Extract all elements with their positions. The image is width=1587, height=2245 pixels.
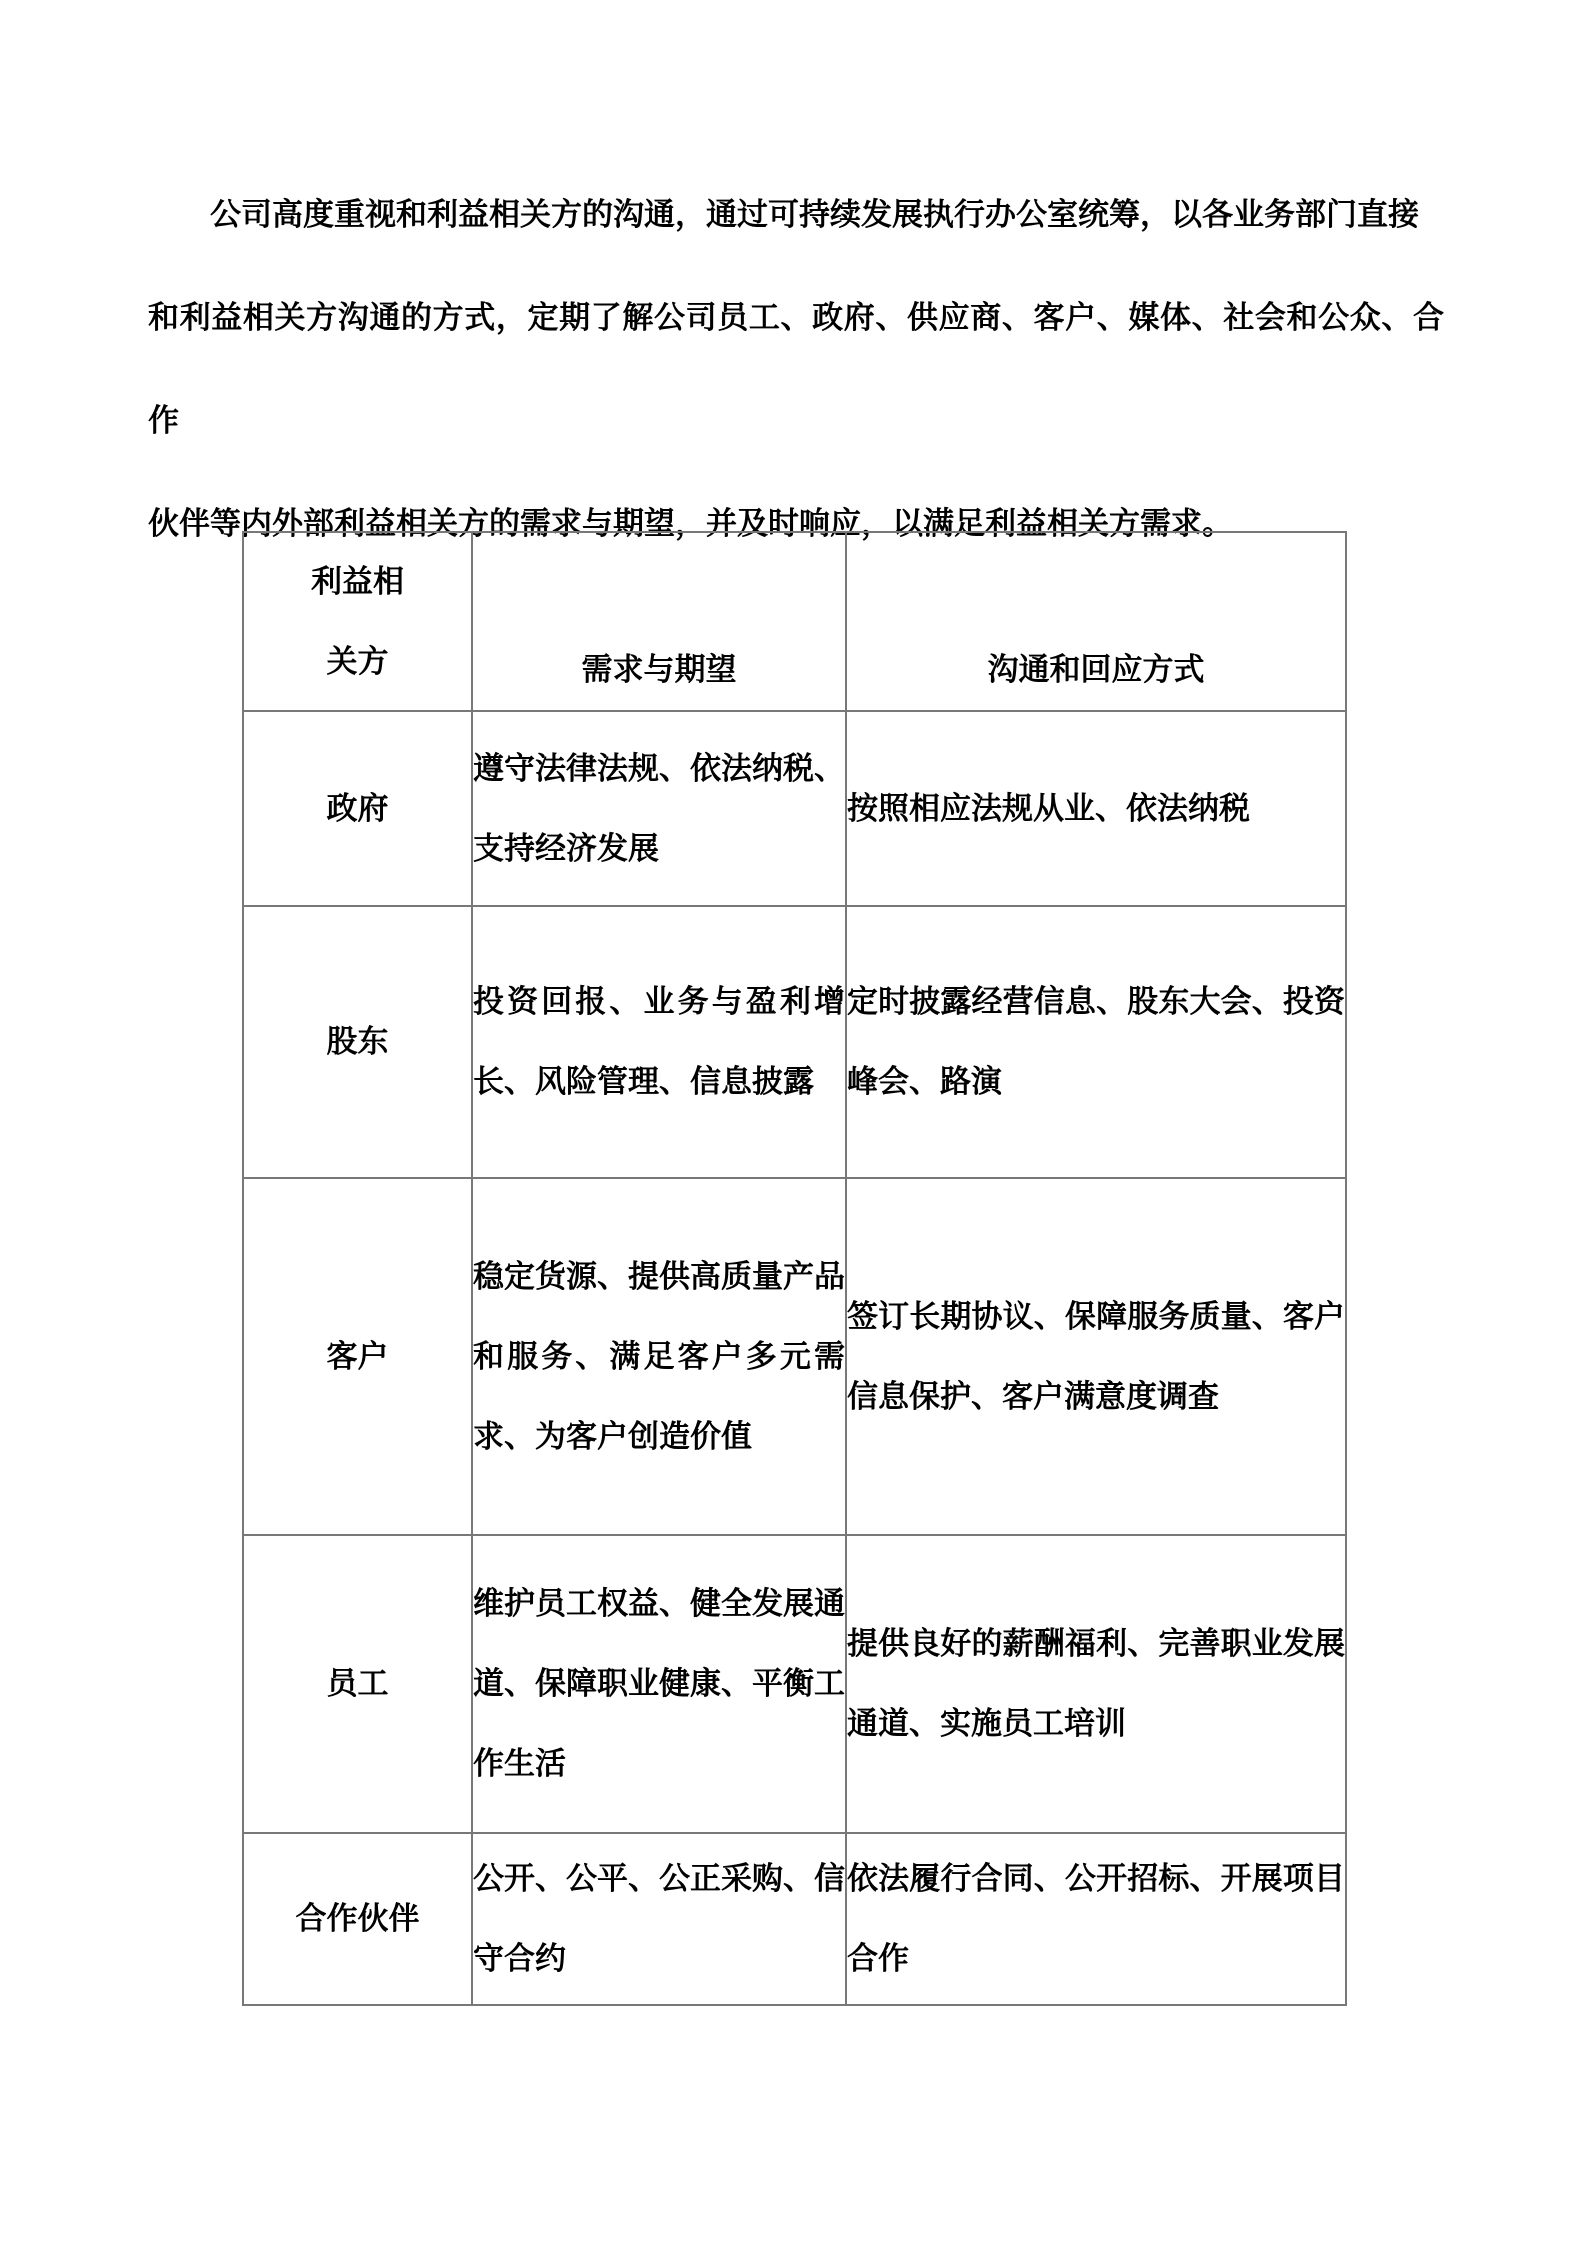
stakeholder-cell: 政府 [243, 711, 472, 906]
needs-cell: 维护员工权益、健全发展通道、保障职业健康、平衡工作生活 [472, 1535, 846, 1833]
needs-cell: 公开、公平、公正采购、信守合约 [472, 1833, 846, 2005]
stakeholder-cell: 股东 [243, 906, 472, 1178]
paragraph-line: 和利益相关方沟通的方式，定期了解公司员工、政府、供应商、客户、媒体、社会和公众、… [148, 266, 1444, 472]
table-row: 员工 维护员工权益、健全发展通道、保障职业健康、平衡工作生活 提供良好的薪酬福利… [243, 1535, 1346, 1833]
response-cell: 签订长期协议、保障服务质量、客户信息保护、客户满意度调查 [846, 1178, 1346, 1535]
header-needs: 需求与期望 [472, 532, 846, 711]
table-header-row: 利益相 关方 需求与期望 沟通和回应方式 [243, 532, 1346, 711]
table-row: 客户 稳定货源、提供高质量产品和服务、满足客户多元需求、为客户创造价值 签订长期… [243, 1178, 1346, 1535]
needs-cell: 遵守法律法规、依法纳税、支持经济发展 [472, 711, 846, 906]
stakeholder-cell: 员工 [243, 1535, 472, 1833]
response-cell: 按照相应法规从业、依法纳税 [846, 711, 1346, 906]
intro-paragraph: 公司高度重视和利益相关方的沟通，通过可持续发展执行办公室统筹，以各业务部门直接 … [148, 163, 1444, 575]
needs-cell: 投资回报、业务与盈利增长、风险管理、信息披露 [472, 906, 846, 1178]
table-row: 股东 投资回报、业务与盈利增长、风险管理、信息披露 定时披露经营信息、股东大会、… [243, 906, 1346, 1178]
response-cell: 定时披露经营信息、股东大会、投资峰会、路演 [846, 906, 1346, 1178]
header-response: 沟通和回应方式 [846, 532, 1346, 711]
needs-cell: 稳定货源、提供高质量产品和服务、满足客户多元需求、为客户创造价值 [472, 1178, 846, 1535]
stakeholder-cell: 客户 [243, 1178, 472, 1535]
response-cell: 提供良好的薪酬福利、完善职业发展通道、实施员工培训 [846, 1535, 1346, 1833]
response-cell: 依法履行合同、公开招标、开展项目合作 [846, 1833, 1346, 2005]
table-row: 政府 遵守法律法规、依法纳税、支持经济发展 按照相应法规从业、依法纳税 [243, 711, 1346, 906]
stakeholder-table: 利益相 关方 需求与期望 沟通和回应方式 政府 遵守法律法规、依法纳税、支持经济… [242, 531, 1347, 2006]
table-row: 合作伙伴 公开、公平、公正采购、信守合约 依法履行合同、公开招标、开展项目合作 [243, 1833, 1346, 2005]
document-page: 公司高度重视和利益相关方的沟通，通过可持续发展执行办公室统筹，以各业务部门直接 … [0, 0, 1587, 2245]
stakeholder-cell: 合作伙伴 [243, 1833, 472, 2005]
header-stakeholder: 利益相 关方 [243, 532, 472, 711]
paragraph-line: 公司高度重视和利益相关方的沟通，通过可持续发展执行办公室统筹，以各业务部门直接 [148, 163, 1444, 266]
